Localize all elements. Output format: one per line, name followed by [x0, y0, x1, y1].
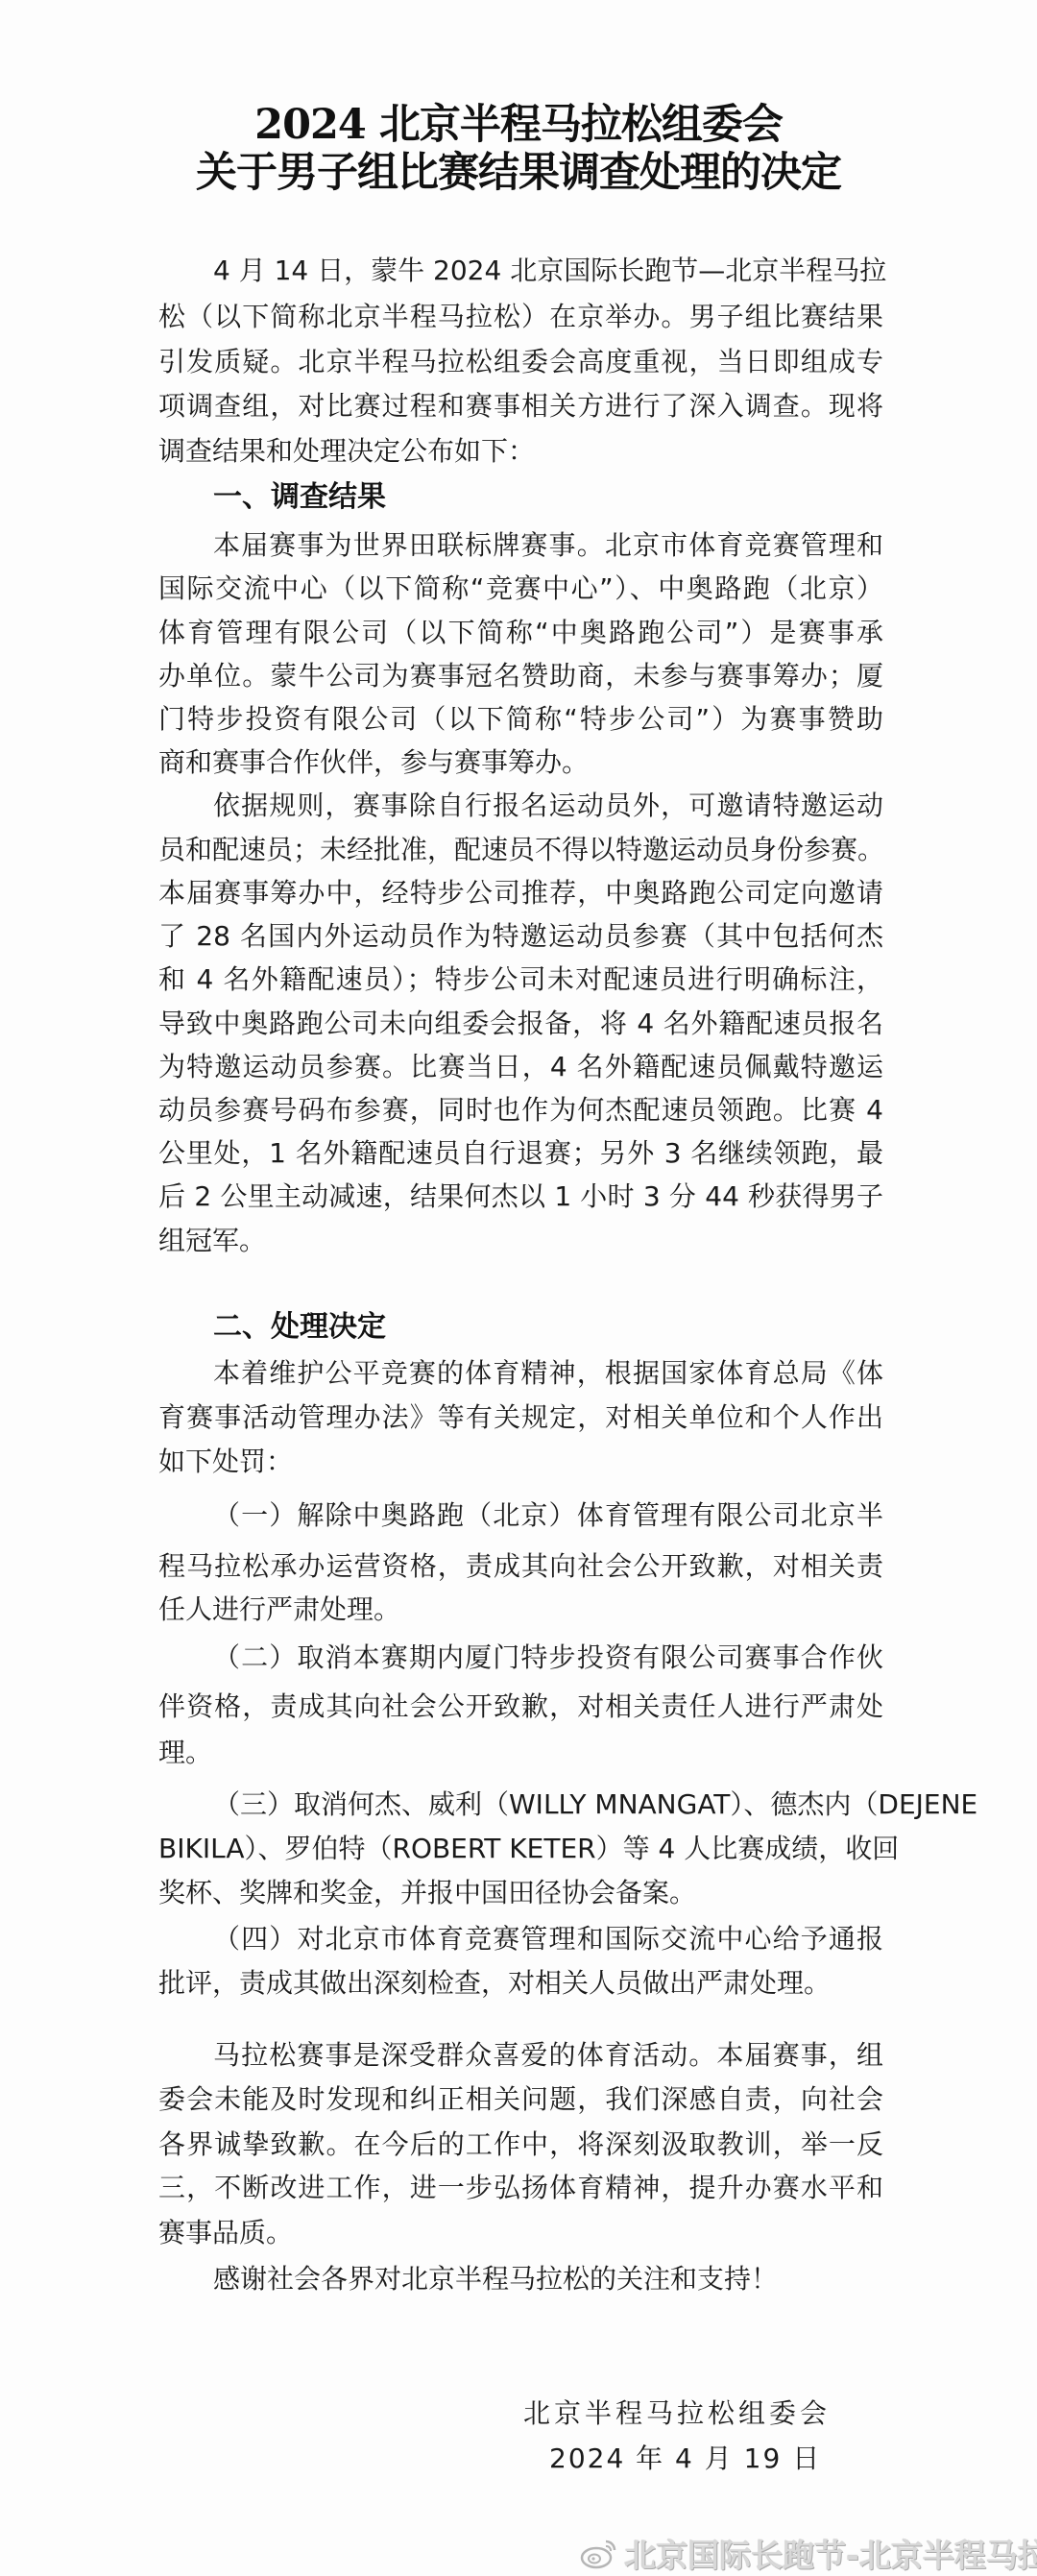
text-line: 赛事品质。 [158, 2211, 883, 2255]
text-line: 本着维护公平竞赛的体育精神，根据国家体育总局《体 [213, 1351, 883, 1396]
document-page: 2024 北京半程马拉松组委会 关于男子组比赛结果调查处理的决定 4 月 14 … [0, 0, 1037, 2576]
text-line: 本届赛事筹办中，经特步公司推荐，中奥路跑公司定向邀请 [158, 871, 883, 915]
text-line: 奖杯、奖牌和奖金，并报中国田径协会备案。 [158, 1871, 883, 1915]
text-line: 了 28 名国内外运动员作为特邀运动员参赛（其中包括何杰 [158, 914, 883, 959]
text-line: 为特邀运动员参赛。比赛当日，4 名外籍配速员佩戴特邀运 [158, 1045, 883, 1089]
text-line: 本届赛事为世界田联标牌赛事。北京市体育竞赛管理和 [213, 523, 883, 568]
text-line: 调查结果和处理决定公布如下： [158, 429, 883, 474]
text-line: BIKILA）、罗伯特（ROBERT KETER）等 4 人比赛成绩，收回 [158, 1827, 883, 1871]
text-line: 员和配速员；未经批准，配速员不得以特邀运动员身份参赛。 [158, 828, 883, 872]
watermark-text: 北京国际长跑节-北京半程马拉松 [624, 2531, 1037, 2576]
text-line: （三）取消何杰、威利（WILLY MNANGAT）、德杰内（DEJENE [213, 1783, 883, 1827]
text-line: 依据规则，赛事除自行报名运动员外，可邀请特邀运动 [213, 784, 883, 828]
thanks-line: 感谢社会各界对北京半程马拉松的关注和支持！ [213, 2257, 883, 2301]
text-line: 程马拉松承办运营资格，责成其向社会公开致歉，对相关责 [158, 1544, 883, 1589]
text-line: 公里处，1 名外籍配速员自行退赛；另外 3 名继续领跑，最 [158, 1131, 883, 1176]
text-line: 和 4 名外籍配速员）；特步公司未对配速员进行明确标注， [158, 958, 883, 1002]
text-line: 体育管理有限公司（以下简称“中奥路跑公司”）是赛事承 [158, 611, 883, 655]
text-line: 伴资格，责成其向社会公开致歉，对相关责任人进行严肃处 [158, 1685, 883, 1729]
text-line: 三，不断改进工作，进一步弘扬体育精神，提升办赛水平和 [158, 2166, 883, 2210]
text-line: 商和赛事合作伙伴，参与赛事筹办。 [158, 741, 883, 785]
text-line: 任人进行严肃处理。 [158, 1588, 883, 1632]
text-line: 国际交流中心（以下简称“竞赛中心”）、中奥路跑（北京） [158, 567, 883, 611]
text-line: （一）解除中奥路跑（北京）体育管理有限公司北京半 [213, 1494, 883, 1538]
text-line: 理。 [158, 1731, 883, 1775]
text-line: （四）对北京市体育竞赛管理和国际交流中心给予通报 [213, 1917, 883, 1961]
section-heading-investigation: 一、调查结果 [213, 475, 386, 520]
text-line: 各界诚挚致歉。在今后的工作中，将深刻汲取教训，举一反 [158, 2123, 883, 2167]
text-line: 办单位。蒙牛公司为赛事冠名赞助商，未参与赛事筹办；厦 [158, 654, 883, 698]
signature-date: 2024 年 4 月 19 日 [549, 2437, 821, 2481]
text-line: 动员参赛号码布参赛，同时也作为何杰配速员领跑。比赛 4 [158, 1088, 883, 1132]
document-title-line-1: 2024 北京半程马拉松组委会 [0, 101, 1037, 149]
text-line: 组冠军。 [158, 1219, 883, 1263]
text-line: 门特步投资有限公司（以下简称“特步公司”）为赛事赞助 [158, 697, 883, 741]
text-line: （二）取消本赛期内厦门特步投资有限公司赛事合作伙 [213, 1636, 883, 1680]
signature-organization: 北京半程马拉松组委会 [523, 2392, 831, 2436]
text-line: 松（以下简称北京半程马拉松）在京举办。男子组比赛结果 [158, 295, 883, 339]
document-title-line-2: 关于男子组比赛结果调查处理的决定 [0, 149, 1037, 197]
text-line: 委会未能及时发现和纠正相关问题，我们深感自责，向社会 [158, 2078, 883, 2122]
text-line: 育赛事活动管理办法》等有关规定，对相关单位和个人作出 [158, 1396, 883, 1440]
text-line: 项调查组，对比赛过程和赛事相关方进行了深入调查。现将 [158, 384, 883, 428]
text-line: 4 月 14 日，蒙牛 2024 北京国际长跑节—北京半程马拉 [213, 249, 883, 293]
text-line: 如下处罚： [158, 1440, 883, 1484]
weibo-watermark: 北京国际长跑节-北京半程马拉松 [580, 2532, 1037, 2574]
text-line: 马拉松赛事是深受群众喜爱的体育活动。本届赛事，组 [213, 2033, 883, 2078]
text-line: 批评，责成其做出深刻检查，对相关人员做出严肃处理。 [158, 1961, 883, 2005]
text-line: 导致中奥路跑公司未向组委会报备，将 4 名外籍配速员报名 [158, 1002, 883, 1046]
section-heading-decision: 二、处理决定 [213, 1305, 386, 1349]
text-line: 后 2 公里主动减速，结果何杰以 1 小时 3 分 44 秒获得男子 [158, 1175, 883, 1219]
text-line: 引发质疑。北京半程马拉松组委会高度重视，当日即组成专 [158, 340, 883, 384]
weibo-icon [580, 2536, 618, 2570]
